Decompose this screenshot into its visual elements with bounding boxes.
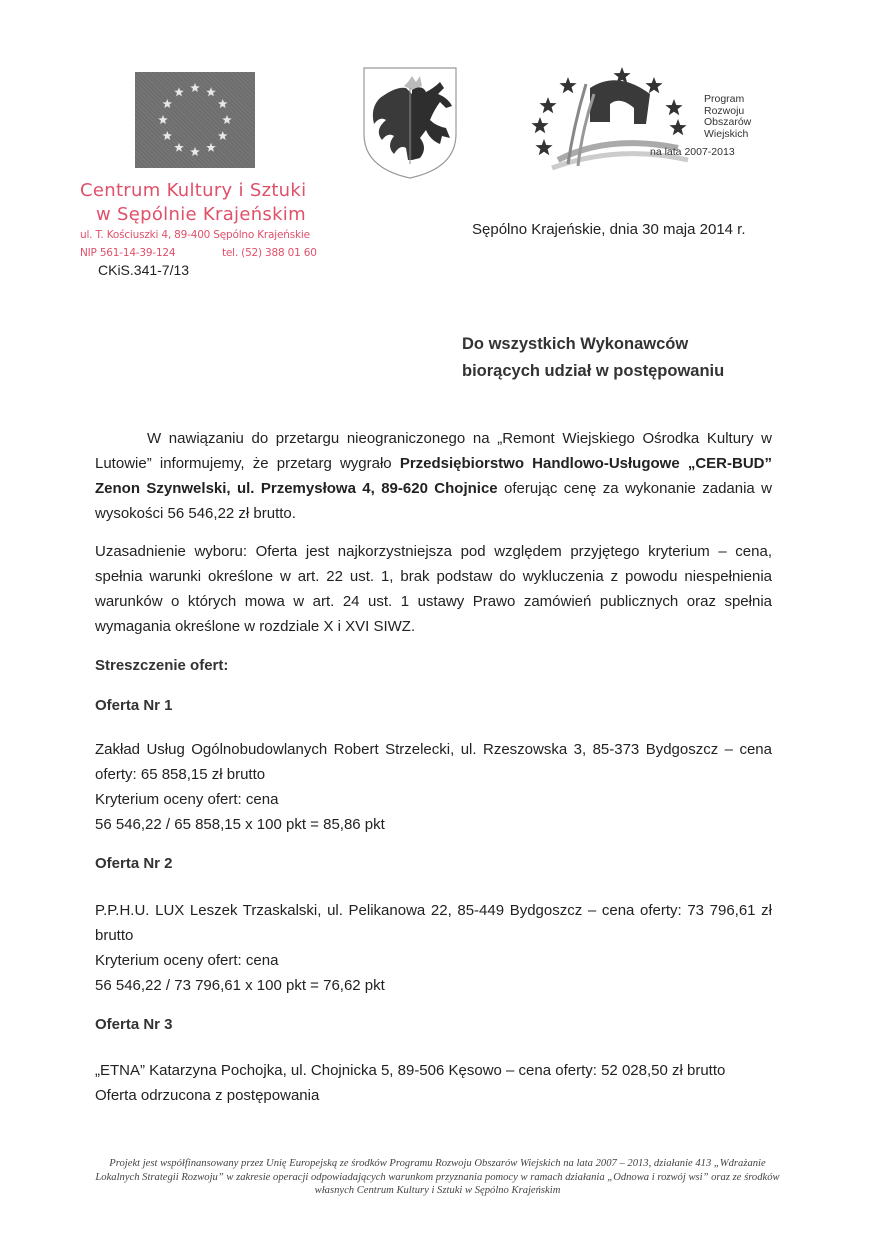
offer-heading: Oferta Nr 3: [95, 1016, 173, 1033]
offer-bidder: Zakład Usług Ogólnobudowlanych Robert St…: [95, 737, 772, 787]
prow-line: Obszarów: [704, 117, 751, 129]
offer-details: Zakład Usług Ogólnobudowlanych Robert St…: [95, 737, 772, 837]
offer-status: Oferta odrzucona z postępowania: [95, 1083, 772, 1108]
addressee-line1: Do wszystkich Wykonawców: [462, 331, 724, 358]
award-paragraph: W nawiązaniu do przetargu nieograniczone…: [95, 426, 772, 526]
reference-number: CKiS.341-7/13: [98, 262, 189, 278]
funding-footer: Projekt jest współfinansowany przez Unię…: [95, 1157, 780, 1198]
offer-heading: Oferta Nr 1: [95, 697, 173, 714]
offer-details: P.P.H.U. LUX Leszek Trzaskalski, ul. Pel…: [95, 898, 772, 998]
eu-stars-icon: [135, 72, 255, 168]
offer-criterion: Kryterium oceny ofert: cena: [95, 948, 772, 973]
stamp-name-line2: w Sępólnie Krajeńskim: [96, 204, 306, 225]
offer-criterion: Kryterium oceny ofert: cena: [95, 787, 772, 812]
offer-heading: Oferta Nr 2: [95, 855, 173, 872]
stamp-tel: tel. (52) 388 01 60: [222, 247, 317, 259]
prow-years: na lata 2007-2013: [650, 146, 735, 158]
griffin-coat-of-arms-logo: [360, 64, 460, 180]
addressee: Do wszystkich Wykonawców biorących udzia…: [462, 331, 724, 385]
offer-bidder: „ETNA” Katarzyna Pochojka, ul. Chojnicka…: [95, 1058, 772, 1083]
date-line: Sępólno Krajeńskie, dnia 30 maja 2014 r.: [472, 221, 746, 238]
stamp-nip: NIP 561-14-39-124: [80, 247, 175, 259]
prow-logo: Program Rozwoju Obszarów Wiejskich na la…: [528, 64, 778, 170]
offer-score: 56 546,22 / 73 796,61 x 100 pkt = 76,62 …: [95, 973, 772, 998]
offer-bidder: P.P.H.U. LUX Leszek Trzaskalski, ul. Pel…: [95, 898, 772, 948]
eu-flag-logo: [135, 72, 255, 168]
addressee-line2: biorących udział w postępowaniu: [462, 358, 724, 385]
stamp-name-line1: Centrum Kultury i Sztuki: [80, 180, 306, 201]
prow-line: Wiejskich: [704, 129, 751, 141]
prow-line: Program: [704, 94, 751, 106]
justification-paragraph: Uzasadnienie wyboru: Oferta jest najkorz…: [95, 539, 772, 639]
offer-score: 56 546,22 / 65 858,15 x 100 pkt = 85,86 …: [95, 812, 772, 837]
offer-details: „ETNA” Katarzyna Pochojka, ul. Chojnicka…: [95, 1058, 772, 1108]
summary-heading: Streszczenie ofert:: [95, 657, 228, 674]
stamp-address: ul. T. Kościuszki 4, 89-400 Sępólno Kraj…: [80, 229, 310, 241]
prow-name: Program Rozwoju Obszarów Wiejskich: [704, 94, 751, 140]
